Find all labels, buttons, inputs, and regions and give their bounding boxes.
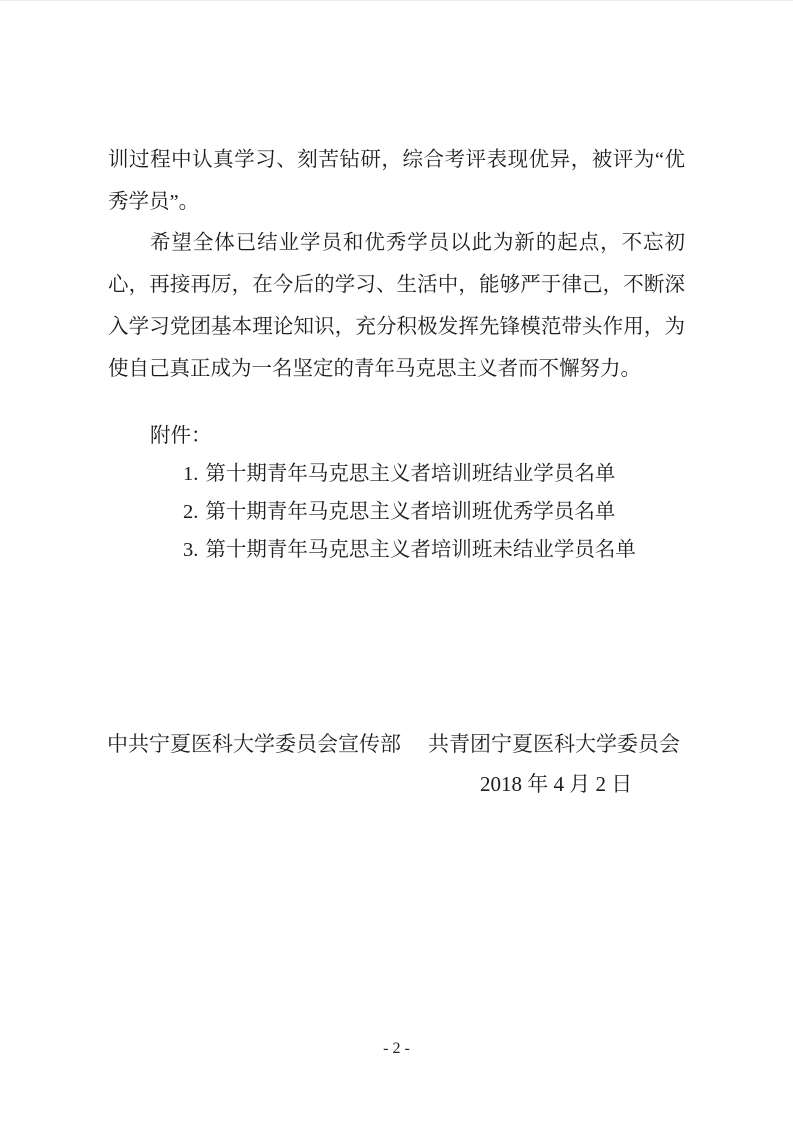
attachment-item-number: 3.: [183, 531, 198, 569]
attachment-item-number: 1.: [183, 455, 198, 493]
paragraph2-line-3: 入学习党团基本理论知识，充分积极发挥先锋模范带头作用，为: [108, 307, 685, 349]
paragraph1-line-1: 训过程中认真学习、刻苦钻研，综合考评表现优异，被评为“优: [108, 140, 685, 182]
page-number: - 2 -: [0, 1039, 793, 1059]
signature-org-youth-league: 共青团宁夏医科大学委员会: [428, 723, 680, 765]
attachment-item: 2.第十期青年马克思主义者培训班优秀学员名单: [108, 493, 685, 531]
attachment-item: 3.第十期青年马克思主义者培训班未结业学员名单: [108, 531, 685, 569]
attachment-item-text: 第十期青年马克思主义者培训班结业学员名单: [205, 463, 615, 485]
signature-row: 中共宁夏医科大学委员会宣传部 共青团宁夏医科大学委员会: [107, 723, 680, 765]
paragraph2-line-4: 使自己真正成为一名坚定的青年马克思主义者而不懈努力。: [108, 349, 685, 391]
paragraph1-line-2: 秀学员”。: [108, 182, 685, 224]
attachments-label: 附件：: [108, 417, 685, 455]
document-page: 训过程中认真学习、刻苦钻研，综合考评表现优异，被评为“优 秀学员”。 希望全体已…: [0, 0, 793, 1122]
attachment-item-text: 第十期青年马克思主义者培训班未结业学员名单: [205, 539, 636, 561]
attachment-item-number: 2.: [183, 493, 198, 531]
attachments-section: 附件： 1.第十期青年马克思主义者培训班结业学员名单 2.第十期青年马克思主义者…: [108, 417, 685, 569]
signature-date: 2018 年 4 月 2 日: [480, 763, 632, 805]
signature-org-propaganda: 中共宁夏医科大学委员会宣传部: [107, 723, 401, 765]
attachment-item: 1.第十期青年马克思主义者培训班结业学员名单: [108, 455, 685, 493]
attachment-item-text: 第十期青年马克思主义者培训班优秀学员名单: [205, 501, 615, 523]
paragraph2-line-1: 希望全体已结业学员和优秀学员以此为新的起点，不忘初: [108, 223, 685, 265]
paragraph2-line-2: 心，再接再厉，在今后的学习、生活中，能够严于律己，不断深: [108, 265, 685, 307]
body-text: 训过程中认真学习、刻苦钻研，综合考评表现优异，被评为“优 秀学员”。 希望全体已…: [108, 140, 685, 390]
